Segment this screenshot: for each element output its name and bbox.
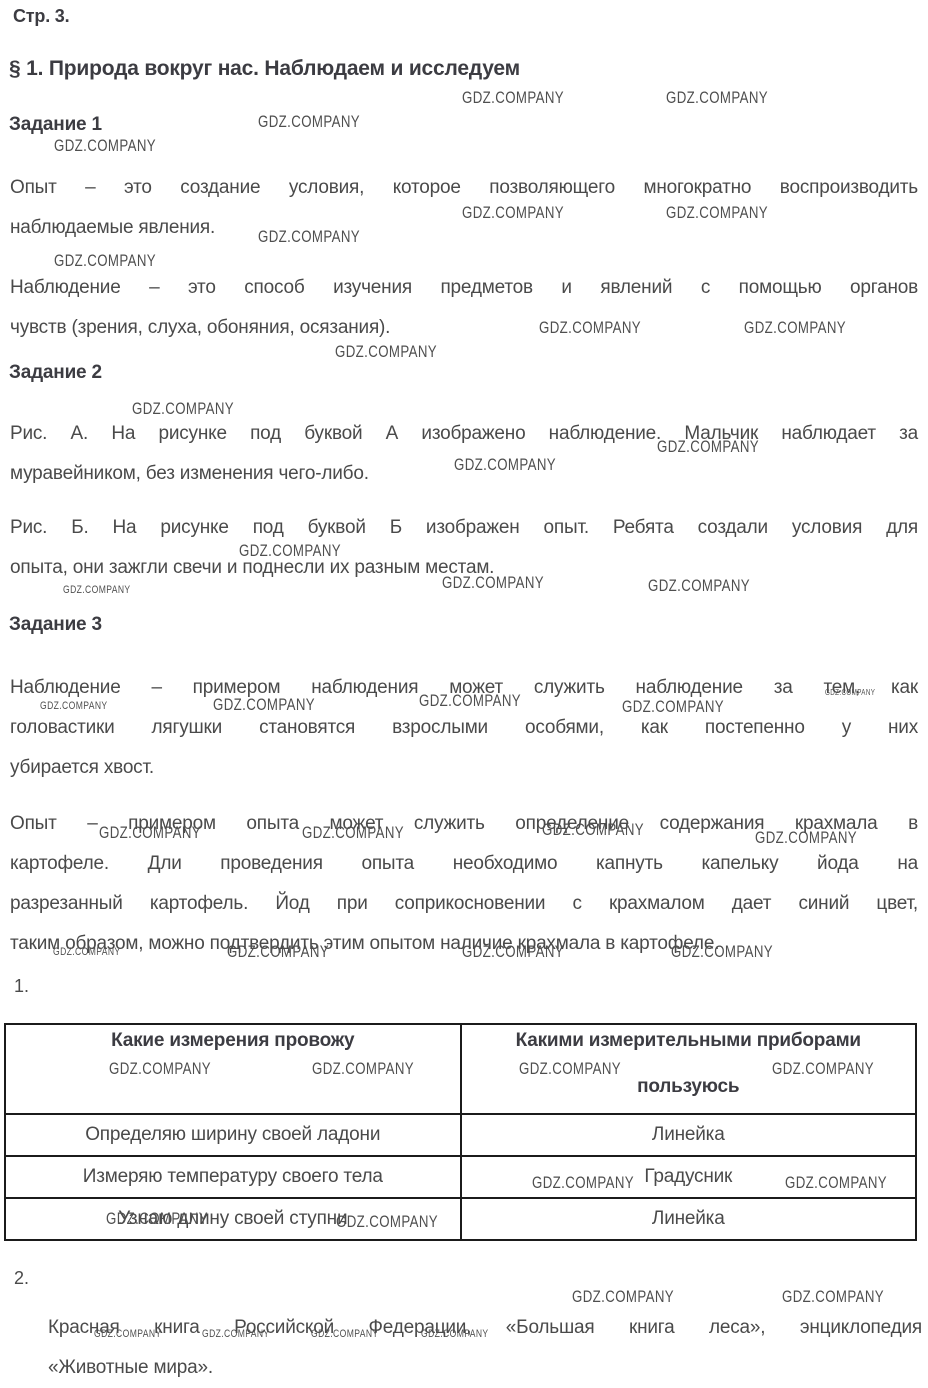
page-container: Стр. 3. § 1. Природа вокруг нас. Наблюда… bbox=[0, 0, 928, 1388]
task-2-paragraph-2: Рис. Б. На рисунке под буквой Б изображе… bbox=[10, 508, 918, 588]
cell-measurement: Узнаю длину своей ступни bbox=[5, 1198, 461, 1240]
task-1-paragraph-1: Опыт – это создание условия, которое поз… bbox=[10, 168, 918, 248]
task-1-heading: Задание 1 bbox=[9, 114, 102, 136]
section-title: § 1. Природа вокруг нас. Наблюдаем и исс… bbox=[9, 57, 520, 81]
paragraph-line: таким образом, можно подтвердить этим оп… bbox=[10, 924, 918, 964]
paragraph-line: Опыт – это создание условия, которое поз… bbox=[10, 168, 918, 208]
paragraph-line: картофеле. Дли проведения опыта необходи… bbox=[10, 844, 918, 884]
item-2-answer-paragraph: Красная книга Российской Федерации, «Бол… bbox=[48, 1308, 922, 1388]
task-2-heading: Задание 2 bbox=[9, 362, 102, 384]
task-1-paragraph-2: Наблюдение – это способ изучения предмет… bbox=[10, 268, 918, 348]
watermark-text: GDZ.COMPANY bbox=[782, 1287, 884, 1307]
watermark-text: GDZ.COMPANY bbox=[54, 136, 156, 156]
task-3-paragraph-2: Опыт – примером опыта может служить опре… bbox=[10, 804, 918, 964]
cell-instrument: Линейка bbox=[461, 1114, 917, 1156]
table-row: Определяю ширину своей ладони Линейка bbox=[5, 1114, 916, 1156]
paragraph-line: «Животные мира». bbox=[48, 1348, 922, 1388]
table-header-measurements: Какие измерения провожу bbox=[5, 1024, 461, 1114]
paragraph-line: Опыт – примером опыта может служить опре… bbox=[10, 804, 918, 844]
table-header-instruments: Какими измерительными приборами пользуюс… bbox=[461, 1024, 917, 1114]
task-2-paragraph-1: Рис. А. На рисунке под буквой А изображе… bbox=[10, 414, 918, 494]
watermark-text: GDZ.COMPANY bbox=[462, 88, 564, 108]
header-text: Какими измерительными приборами bbox=[463, 1030, 915, 1052]
cell-measurement: Определяю ширину своей ладони bbox=[5, 1114, 461, 1156]
table-row: Узнаю длину своей ступни Линейка bbox=[5, 1198, 916, 1240]
header-text: Какие измерения провожу bbox=[7, 1030, 459, 1052]
item-2-label: 2. bbox=[14, 1268, 29, 1289]
watermark-text: GDZ.COMPANY bbox=[666, 88, 768, 108]
paragraph-line: убирается хвост. bbox=[10, 748, 918, 788]
item-1-label: 1. bbox=[14, 976, 29, 997]
measurements-table: Какие измерения провожу Какими измерител… bbox=[4, 1023, 917, 1241]
task-3-paragraph-1: Наблюдение – примером наблюдения может с… bbox=[10, 668, 918, 788]
paragraph-line: Красная книга Российской Федерации, «Бол… bbox=[48, 1308, 922, 1348]
page-label: Стр. 3. bbox=[13, 6, 69, 27]
paragraph-line: головастики лягушки становятся взрослыми… bbox=[10, 708, 918, 748]
paragraph-line: опыта, они зажгли свечи и поднесли их ра… bbox=[10, 548, 918, 588]
paragraph-line: разрезанный картофель. Йод при соприкосн… bbox=[10, 884, 918, 924]
watermark-text: GDZ.COMPANY bbox=[258, 112, 360, 132]
cell-instrument: Градусник bbox=[461, 1156, 917, 1198]
cell-instrument: Линейка bbox=[461, 1198, 917, 1240]
table-header-row: Какие измерения провожу Какими измерител… bbox=[5, 1024, 916, 1114]
task-3-heading: Задание 3 bbox=[9, 614, 102, 636]
paragraph-line: Рис. А. На рисунке под буквой А изображе… bbox=[10, 414, 918, 454]
table-row: Измеряю температуру своего тела Градусни… bbox=[5, 1156, 916, 1198]
paragraph-line: Рис. Б. На рисунке под буквой Б изображе… bbox=[10, 508, 918, 548]
header-text: пользуюсь bbox=[463, 1076, 915, 1098]
watermark-text: GDZ.COMPANY bbox=[572, 1287, 674, 1307]
paragraph-line: Наблюдение – это способ изучения предмет… bbox=[10, 268, 918, 308]
paragraph-line: муравейником, без изменения чего-либо. bbox=[10, 454, 918, 494]
paragraph-line: Наблюдение – примером наблюдения может с… bbox=[10, 668, 918, 708]
paragraph-line: наблюдаемые явления. bbox=[10, 208, 918, 248]
paragraph-line: чувств (зрения, слуха, обоняния, осязани… bbox=[10, 308, 918, 348]
cell-measurement: Измеряю температуру своего тела bbox=[5, 1156, 461, 1198]
